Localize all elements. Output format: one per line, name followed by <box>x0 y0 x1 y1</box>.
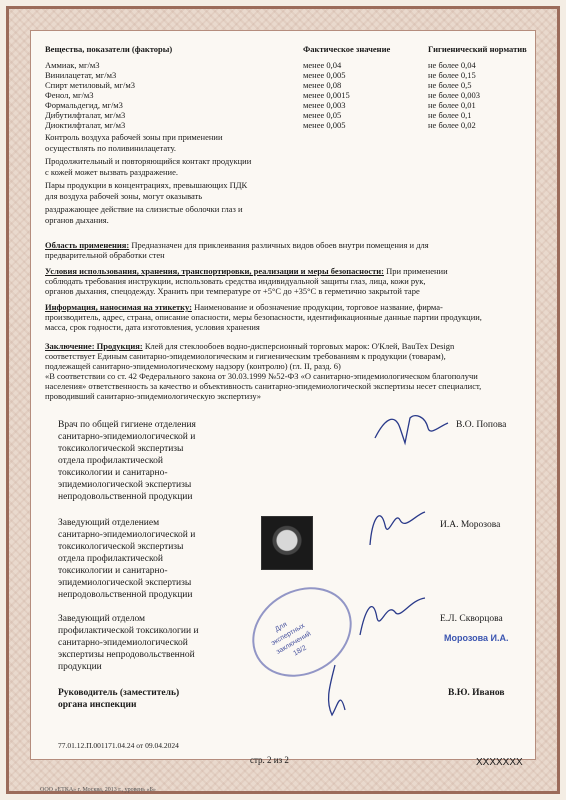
role-line: токсикологической экспертизы <box>58 542 183 552</box>
role-line: эпидемиологической экспертизы <box>58 578 191 588</box>
document-number: 77.01.12.П.001171.04.24 от 09.04.2024 <box>58 741 179 751</box>
signer-name: В.Ю. Иванов <box>448 688 505 698</box>
conclusion-text-3: подлежащей санитарно-эпидемиологическому… <box>45 361 341 371</box>
label-info-text: Наименование и обозначение продукции, то… <box>192 302 443 312</box>
role-line: Заведующий отделением <box>58 518 159 528</box>
conclusion-text-6: проводивший санитарно-эпидемиологическую… <box>45 391 261 401</box>
role-line: отдела профилактической <box>58 554 163 564</box>
signer-name: Е.Л. Скворцова <box>440 614 503 624</box>
scope-section: Область применения: Предназначен для при… <box>45 240 429 250</box>
note-line: органов дыхания. <box>45 215 109 225</box>
table-row-actual: менее 0,04 <box>303 60 341 70</box>
role-line: профилактической токсикологии и <box>58 626 199 636</box>
conclusion-text-2: соответствует Единым санитарно-эпидемиол… <box>45 351 446 361</box>
column-header-substance: Вещества, показатели (факторы) <box>45 44 172 54</box>
conclusion-text: Клей для стеклообоев водно-дисперсионный… <box>143 341 455 351</box>
table-row-name: Аммиак, мг/м3 <box>45 60 99 70</box>
table-row-actual: менее 0,05 <box>303 110 341 120</box>
role-line: экспертизы непродовольственной <box>58 650 195 660</box>
role-line: Заведующий отделом <box>58 614 145 624</box>
table-row-norm: не более 0,01 <box>428 100 476 110</box>
column-header-actual: Фактическое значение <box>303 44 390 54</box>
role-line: токсикологии и санитарно- <box>58 468 168 478</box>
note-line: с кожей может вызвать раздражение. <box>45 167 178 177</box>
conclusion-section: Заключение: Продукция: Клей для стеклооб… <box>45 341 454 351</box>
table-row-name: Спирт метиловый, мг/м3 <box>45 80 135 90</box>
column-header-norm: Гигиенический норматив <box>428 44 527 54</box>
conditions-text-2: соблюдать требования инструкции, использ… <box>45 276 426 286</box>
table-row-norm: не более 0,15 <box>428 70 476 80</box>
role-line: непродовольственной продукции <box>58 492 192 502</box>
label-info-text-3: масса, срок годности, дата изготовления,… <box>45 322 260 332</box>
note-line: Продолжительный и повторяющийся контакт … <box>45 156 251 166</box>
table-row-norm: не более 0,5 <box>428 80 471 90</box>
printer-info: ООО «ЕТКА» г. Москва, 2013 г., уровень «… <box>40 785 156 795</box>
table-row-name: Фенол, мг/м3 <box>45 90 94 100</box>
label-info-section: Информация, наносимая на этикетку: Наиме… <box>45 302 443 312</box>
scope-text: Предназначен для приклеивания различных … <box>129 240 428 250</box>
conditions-text: При применении <box>384 266 448 276</box>
table-row-actual: менее 0,0015 <box>303 90 350 100</box>
label-info-label: Информация, наносимая на этикетку: <box>45 302 192 312</box>
conditions-label: Условия использования, хранения, транспо… <box>45 266 384 276</box>
role-line: санитарно-эпидемиологической <box>58 638 188 648</box>
role-line: санитарно-эпидемиологической и <box>58 530 195 540</box>
conclusion-label: Заключение: Продукция: <box>45 341 143 351</box>
role-line: Врач по общей гигиене отделения <box>58 420 196 430</box>
signer-name: В.О. Попова <box>456 420 506 430</box>
note-line: раздражающее действие на слизистые оболо… <box>45 204 243 214</box>
note-line: осуществлять по поливинилацетату. <box>45 143 176 153</box>
scope-text-2: предварительной обработки стен <box>45 250 165 260</box>
note-line: Контроль воздуха рабочей зоны при примен… <box>45 132 223 142</box>
role-line: отдела профилактической <box>58 456 163 466</box>
role-line: продукции <box>58 662 102 672</box>
scope-label: Область применения: <box>45 240 129 250</box>
role-line: Руководитель (заместитель) <box>58 688 179 698</box>
table-row-name: Диоктилфталат, мг/м3 <box>45 120 125 130</box>
table-row-actual: менее 0,08 <box>303 80 341 90</box>
table-row-norm: не более 0,02 <box>428 120 476 130</box>
label-info-text-2: производитель, адрес, страна, описание о… <box>45 312 482 322</box>
signer-name: И.А. Морозова <box>440 520 500 530</box>
table-row-norm: не более 0,04 <box>428 60 476 70</box>
serial-number: XXXXXXX <box>476 758 523 768</box>
conclusion-text-4: «В соответствии со ст. 42 Федерального з… <box>45 371 478 381</box>
table-row-norm: не более 0,003 <box>428 90 480 100</box>
table-row-actual: менее 0,003 <box>303 100 346 110</box>
stamp-name: Морозова И.А. <box>444 633 509 643</box>
table-row-norm: не более 0,1 <box>428 110 471 120</box>
table-row-name: Формальдегид, мг/м3 <box>45 100 123 110</box>
hologram-seal <box>261 516 313 570</box>
signature-ivanov <box>310 660 360 720</box>
role-line: токсикологии и санитарно- <box>58 566 168 576</box>
conditions-section: Условия использования, хранения, транспо… <box>45 266 448 276</box>
role-line: непродовольственной продукции <box>58 590 192 600</box>
signature-popova <box>370 408 450 448</box>
table-row-name: Дибутилфталат, мг/м3 <box>45 110 125 120</box>
signature-morozova <box>360 500 430 550</box>
signature-skvortsova <box>355 590 435 640</box>
table-row-actual: менее 0,005 <box>303 70 346 80</box>
conditions-text-3: органов дыхания, спецодежду. Хранить при… <box>45 286 420 296</box>
role-line: эпидемиологической экспертизы <box>58 480 191 490</box>
page-number: стр. 2 из 2 <box>250 755 289 765</box>
conclusion-text-5: населения» ответственность за качество и… <box>45 381 481 391</box>
role-line: токсикологической экспертизы <box>58 444 183 454</box>
table-row-name: Винилацетат, мг/м3 <box>45 70 116 80</box>
note-line: для воздуха рабочей зоны, могут оказыват… <box>45 191 202 201</box>
note-line: Пары продукции в концентрациях, превышаю… <box>45 180 247 190</box>
role-line: органа инспекции <box>58 700 136 710</box>
role-line: санитарно-эпидемиологической и <box>58 432 195 442</box>
table-row-actual: менее 0,005 <box>303 120 346 130</box>
